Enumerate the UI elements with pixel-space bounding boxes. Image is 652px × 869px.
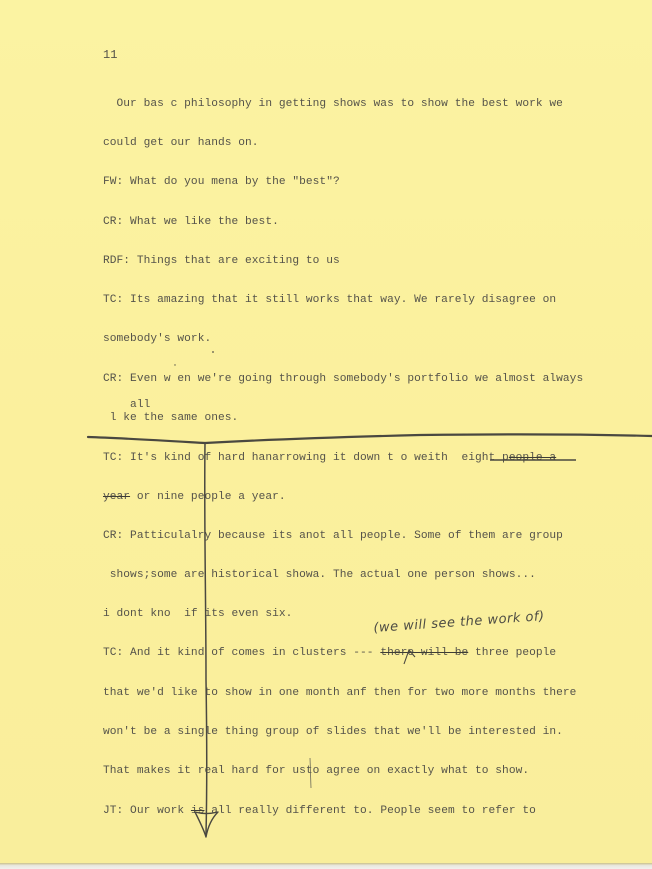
dialogue-line-cr-cont: l ke the same ones.	[103, 411, 238, 425]
struck-text: there will be	[380, 647, 468, 659]
page-edge-shadow	[0, 863, 652, 869]
paragraph-line: could get our hands on.	[103, 136, 259, 150]
dialogue-line-tc-cont: That makes it real hard for usto agree o…	[103, 764, 529, 778]
handwritten-annotation: (we will see the work of)	[373, 609, 545, 636]
dialogue-line-tc-cont: year or nine people a year.	[103, 490, 286, 504]
interlinear-insertion: all	[103, 398, 150, 412]
struck-text: eople a	[509, 452, 556, 464]
line-text: three people	[468, 647, 556, 659]
line-text: all really different to. People seem to …	[204, 805, 535, 817]
dialogue-line-jt: JT: Our work is all really different to.…	[103, 804, 536, 818]
pencil-dot	[174, 364, 175, 365]
dialogue-line-cr-cont: shows;some are historical showa. The act…	[103, 568, 536, 582]
struck-text: year	[103, 491, 130, 503]
dialogue-line-tc: TC: And it kind of comes in clusters ---…	[103, 646, 556, 660]
section-divider-line	[88, 434, 652, 443]
typewritten-page: 11 Our bas c philosophy in getting shows…	[0, 0, 652, 864]
dialogue-line-fw: FW: What do you mena by the "best"?	[103, 175, 340, 189]
dialogue-line-cr: CR: What we like the best.	[103, 215, 279, 229]
dialogue-line-cr: CR: Even w en we're going through somebo…	[103, 372, 583, 386]
paragraph-line: Our bas c philosophy in getting shows wa…	[103, 97, 563, 111]
page-number: 11	[103, 48, 118, 62]
pencil-dot	[212, 351, 214, 353]
dialogue-line-tc-cont: somebody's work.	[103, 332, 211, 346]
dialogue-line-tc-cont: won't be a single thing group of slides …	[103, 725, 563, 739]
dialogue-line-cr: CR: Patticulalry because its anot all pe…	[103, 529, 563, 543]
line-text: JT: Our work	[103, 805, 191, 817]
line-text: TC: And it kind of comes in clusters ---	[103, 647, 380, 659]
dialogue-line-tc-cont: that we'd like to show in one month anf …	[103, 686, 576, 700]
dialogue-line-cr-cont: i dont kno if its even six.	[103, 607, 292, 621]
struck-text: is	[191, 805, 205, 817]
dialogue-line-tc: TC: Its amazing that it still works that…	[103, 293, 556, 307]
dialogue-line-tc: TC: It's kind of hard hanarrowing it dow…	[103, 451, 556, 465]
dialogue-line-rdf: RDF: Things that are exciting to us	[103, 254, 340, 268]
line-text: TC: It's kind of hard hanarrowing it dow…	[103, 452, 509, 464]
line-text: or nine people a year.	[130, 491, 286, 503]
